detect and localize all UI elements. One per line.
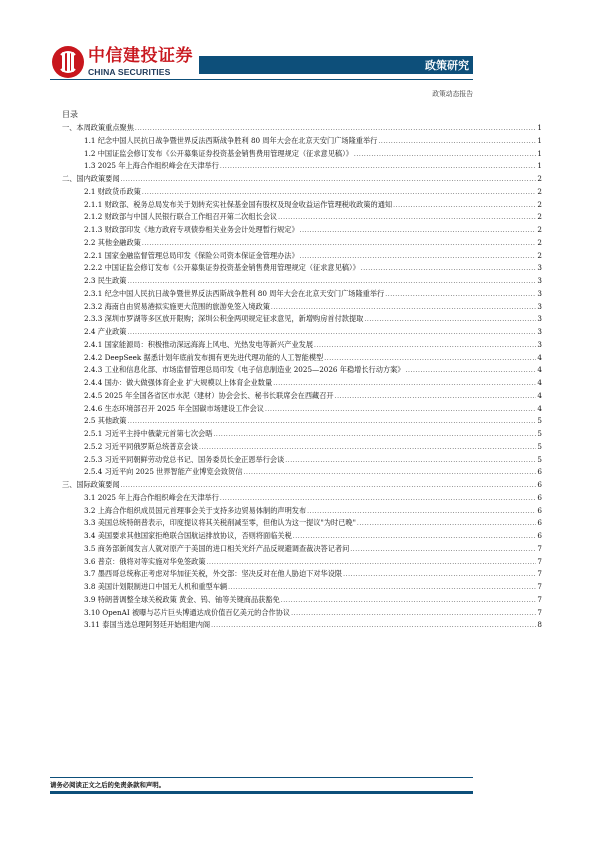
toc-entry-page: 3 xyxy=(537,326,542,339)
toc-entry-label: 2.4.1 国家能源局：积极推动深远海海上风电、光热发电等新兴产业发展 xyxy=(84,339,313,352)
toc-leader-dots xyxy=(350,543,536,557)
toc-entry-page: 3 xyxy=(537,288,542,301)
toc-entry-page: 7 xyxy=(537,556,542,569)
toc-entry-label: 2.2 其他金融政策 xyxy=(84,237,141,250)
toc-entry[interactable]: 2.4.6 生态环境部召开 2025 年全国碳市场建设工作会议4 xyxy=(62,403,542,416)
toc-entry-page: 2 xyxy=(537,237,542,250)
toc-leader-dots xyxy=(291,607,536,621)
toc-leader-dots xyxy=(281,594,537,608)
toc-entry-page: 4 xyxy=(537,390,542,403)
toc-entry-label: 3.10 OpenAI 被曝与芯片巨头博通达成价值百亿美元的合作协议 xyxy=(84,607,290,620)
toc-entry-label: 3.11 泰国当选总理阿努廷开始组建内阁 xyxy=(84,619,210,632)
toc-leader-dots xyxy=(405,364,536,378)
toc-entry-label: 2.2.1 国家金融监督管理总局印发《保险公司资本保证金管理办法》 xyxy=(84,250,299,263)
toc-entry[interactable]: 1.2 中国证监会修订发布《公开募集证券投资基金销售费用管理规定（征求意见稿）》… xyxy=(62,148,542,161)
toc-leader-dots xyxy=(300,250,537,264)
toc-entry[interactable]: 2.2.2 中国证监会修订发布《公开募集证券投资基金销售费用管理规定（征求意见稿… xyxy=(62,262,542,275)
toc-leader-dots xyxy=(354,148,537,162)
toc-entry[interactable]: 3.2 上海合作组织成员国元首理事会关于支持多边贸易体制的声明发布6 xyxy=(62,505,542,518)
toc-entry[interactable]: 3.10 OpenAI 被曝与芯片巨头博通达成价值百亿美元的合作协议7 xyxy=(62,607,542,620)
toc-entry-label: 2.1.2 财政部与中国人民银行联合工作组召开第二次组长会议 xyxy=(84,211,277,224)
toc-entry-page: 3 xyxy=(537,313,542,326)
toc-leader-dots xyxy=(271,301,537,315)
toc-entry-page: 6 xyxy=(537,492,542,505)
toc-entry-label: 2.5.4 习近平向 2025 世界智能产业博览会致贺信 xyxy=(84,466,242,479)
toc-entry[interactable]: 3.9 特朗普调整全球关税政策 黄金、钨、铀等关键商品获豁免7 xyxy=(62,594,542,607)
toc-entry-page: 6 xyxy=(537,530,542,543)
toc-leader-dots xyxy=(343,568,536,582)
toc-entry[interactable]: 3.8 美国计划限制进口中国无人机和重型车辆7 xyxy=(62,581,542,594)
toc-entry[interactable]: 2.1.1 财政部、税务总局发布关于划转充实社保基金国有股权及现金收益运作管理税… xyxy=(62,199,542,212)
toc-entry[interactable]: 3.4 美国要求其他国家拒绝联合国航运排放协议，否则将面临关税6 xyxy=(62,530,542,543)
toc-entry-label: 2.2.2 中国证监会修订发布《公开募集证券投资基金销售费用管理规定（征求意见稿… xyxy=(84,262,360,275)
toc-entry-page: 2 xyxy=(537,173,542,186)
toc-entry[interactable]: 3.11 泰国当选总理阿努廷开始组建内阁8 xyxy=(62,619,542,632)
toc-entry[interactable]: 三、国际政策要闻6 xyxy=(62,479,542,492)
toc-entry[interactable]: 2.2 其他金融政策2 xyxy=(62,237,542,250)
toc-entry[interactable]: 2.3.3 深圳市罗湖等多区放开限购；深圳公积金两项规定征求意见，新增购房首付款… xyxy=(62,313,542,326)
toc-entry-page: 1 xyxy=(537,122,542,135)
toc-leader-dots xyxy=(127,415,536,429)
toc-entry-page: 6 xyxy=(537,505,542,518)
toc-entry-page: 7 xyxy=(537,543,542,556)
toc-entry[interactable]: 3.6 普京：俄将对等实施对华免签政策7 xyxy=(62,556,542,569)
toc-entry-label: 2.5 其他政策 xyxy=(84,415,126,428)
toc-entry[interactable]: 1.1 纪念中国人民抗日战争暨世界反法西斯战争胜利 80 周年大会在北京天安门广… xyxy=(62,135,542,148)
toc-entry-page: 7 xyxy=(537,568,542,581)
toc-entry-label: 3.1 2025 年上海合作组织峰会在天津举行 xyxy=(84,492,219,505)
toc-entry-page: 5 xyxy=(537,415,542,428)
toc-entry-page: 6 xyxy=(537,479,542,492)
toc-entry-label: 2.4.2 DeepSeek 据悉计划年底前发布拥有更先进代理功能的人工智能模型 xyxy=(84,352,323,365)
toc-entry-page: 5 xyxy=(537,441,542,454)
toc-leader-dots xyxy=(393,199,536,213)
toc-leader-dots xyxy=(207,556,537,570)
toc-entry-page: 6 xyxy=(537,517,542,530)
toc-entry-label: 二、国内政策要闻 xyxy=(62,173,120,186)
toc-leader-dots xyxy=(220,492,537,506)
toc-entry[interactable]: 一、本周政策重点聚焦1 xyxy=(62,122,542,135)
toc-entry[interactable]: 2.1.3 财政部印发《地方政府专项债券相关业务会计处理暂行规定》2 xyxy=(62,224,542,237)
toc-leader-dots xyxy=(357,517,537,531)
toc-entry[interactable]: 2.5 其他政策5 xyxy=(62,415,542,428)
toc-entry-page: 3 xyxy=(537,339,542,352)
footer-disclaimer: 请务必阅读正文之后的免责条款和声明。 xyxy=(50,780,165,789)
toc-entry-label: 2.5.1 习近平主持中俄蒙元首第七次会晤 xyxy=(84,428,212,441)
toc-leader-dots xyxy=(121,479,537,493)
toc-entry[interactable]: 2.2.1 国家金融监督管理总局印发《保险公司资本保证金管理办法》2 xyxy=(62,250,542,263)
toc-entry-page: 2 xyxy=(537,199,542,212)
toc-leader-dots xyxy=(300,224,537,238)
toc-entry-label: 一、本周政策重点聚焦 xyxy=(62,122,134,135)
toc-entry[interactable]: 2.5.4 习近平向 2025 世界智能产业博览会致贺信6 xyxy=(62,466,542,479)
toc-entry-label: 3.6 普京：俄将对等实施对华免签政策 xyxy=(84,556,206,569)
toc-entry-page: 7 xyxy=(537,594,542,607)
toc-title: 目录 xyxy=(62,109,542,121)
toc-entry-page: 1 xyxy=(537,135,542,148)
table-of-contents: 目录 一、本周政策重点聚焦11.1 纪念中国人民抗日战争暨世界反法西斯战争胜利 … xyxy=(62,109,542,632)
toc-entry-label: 3.8 美国计划限制进口中国无人机和重型车辆 xyxy=(84,581,227,594)
section-banner: 政策研究 xyxy=(199,56,473,74)
toc-entry-page: 8 xyxy=(537,619,542,632)
toc-entry-label: 2.4 产业政策 xyxy=(84,326,126,339)
toc-entry[interactable]: 2.3.1 纪念中国人民抗日战争暨世界反法西斯战争胜利 80 周年大会在北京天安… xyxy=(62,288,542,301)
toc-entry-label: 2.5.2 习近平同俄罗斯总统普京会谈 xyxy=(84,441,198,454)
toc-list: 一、本周政策重点聚焦11.1 纪念中国人民抗日战争暨世界反法西斯战争胜利 80 … xyxy=(62,122,542,632)
banner-label: 政策研究 xyxy=(425,57,469,73)
toc-leader-dots xyxy=(314,339,536,353)
toc-leader-dots xyxy=(199,441,536,455)
toc-leader-dots xyxy=(273,377,536,391)
toc-leader-dots xyxy=(127,326,536,340)
toc-entry-label: 3.5 商务部新闻发言人就对原产于美国的进口相关光纤产品反规避调查裁决答记者问 xyxy=(84,543,349,556)
toc-entry[interactable]: 3.5 商务部新闻发言人就对原产于美国的进口相关光纤产品反规避调查裁决答记者问7 xyxy=(62,543,542,556)
toc-entry-page: 4 xyxy=(537,377,542,390)
toc-entry-page: 4 xyxy=(537,352,542,365)
toc-entry-label: 2.3.2 海南自由贸易港拟实施更大范围的旅游免签入境政策 xyxy=(84,301,270,314)
toc-entry[interactable]: 2.1 财政货币政策2 xyxy=(62,186,542,199)
toc-entry-page: 5 xyxy=(537,454,542,467)
toc-entry-page: 4 xyxy=(537,403,542,416)
toc-entry[interactable]: 3.1 2025 年上海合作组织峰会在天津举行6 xyxy=(62,492,542,505)
toc-entry[interactable]: 2.5.1 习近平主持中俄蒙元首第七次会晤5 xyxy=(62,428,542,441)
toc-entry-label: 2.1.3 财政部印发《地方政府专项债券相关业务会计处理暂行规定》 xyxy=(84,224,299,237)
toc-entry-label: 2.3.3 深圳市罗湖等多区放开限购；深圳公积金两项规定征求意见，新增购房首付款… xyxy=(84,313,363,326)
toc-entry-page: 3 xyxy=(537,301,542,314)
toc-entry-label: 2.3 民生政策 xyxy=(84,275,126,288)
header-divider xyxy=(50,79,473,80)
footer-bar xyxy=(50,791,473,794)
toc-leader-dots xyxy=(142,237,537,251)
toc-leader-dots xyxy=(265,403,536,417)
toc-entry[interactable]: 1.3 2025 年上海合作组织峰会在天津举行1 xyxy=(62,160,542,173)
toc-entry-page: 7 xyxy=(537,607,542,620)
toc-leader-dots xyxy=(121,173,537,187)
toc-entry-page: 7 xyxy=(537,581,542,594)
toc-entry-page: 2 xyxy=(537,250,542,263)
toc-entry-page: 3 xyxy=(537,275,542,288)
toc-leader-dots xyxy=(243,466,536,480)
toc-entry-page: 2 xyxy=(537,224,542,237)
toc-entry-label: 3.4 美国要求其他国家拒绝联合国航运排放协议，否则将面临关税 xyxy=(84,530,292,543)
toc-leader-dots xyxy=(135,122,537,136)
toc-entry-label: 2.1 财政货币政策 xyxy=(84,186,141,199)
toc-leader-dots xyxy=(378,135,536,149)
toc-leader-dots xyxy=(324,352,536,366)
toc-leader-dots xyxy=(285,454,536,468)
toc-leader-dots xyxy=(211,619,536,633)
toc-entry-label: 3.2 上海合作组织成员国元首理事会关于支持多边贸易体制的声明发布 xyxy=(84,505,306,518)
toc-leader-dots xyxy=(220,160,537,174)
toc-leader-dots xyxy=(213,428,536,442)
toc-entry-label: 2.4.4 国办：做大做强体育企业 扩大规模以上体育企业数量 xyxy=(84,377,272,390)
toc-entry-page: 4 xyxy=(537,364,542,377)
toc-leader-dots xyxy=(142,186,537,200)
toc-leader-dots xyxy=(307,505,536,519)
toc-entry[interactable]: 2.4.5 2025 年全国各省区市水泥（建材）协会会长、秘书长联席会在西藏召开… xyxy=(62,390,542,403)
toc-leader-dots xyxy=(293,530,537,544)
toc-leader-dots xyxy=(278,211,536,225)
toc-entry-page: 3 xyxy=(537,262,542,275)
footer-divider xyxy=(50,777,473,778)
toc-leader-dots xyxy=(228,581,536,595)
toc-entry-label: 3.9 特朗普调整全球关税政策 黄金、钨、铀等关键商品获豁免 xyxy=(84,594,280,607)
toc-entry[interactable]: 二、国内政策要闻2 xyxy=(62,173,542,186)
toc-entry-label: 2.4.5 2025 年全国各省区市水泥（建材）协会会长、秘书长联席会在西藏召开 xyxy=(84,390,334,403)
toc-leader-dots xyxy=(385,288,536,302)
toc-leader-dots xyxy=(361,262,537,276)
toc-entry-label: 1.1 纪念中国人民抗日战争暨世界反法西斯战争胜利 80 周年大会在北京天安门广… xyxy=(84,135,377,148)
toc-entry[interactable]: 2.5.3 习近平同朝鲜劳动党总书记、国务委员长金正恩举行会谈5 xyxy=(62,454,542,467)
toc-entry-page: 2 xyxy=(537,211,542,224)
toc-entry[interactable]: 2.4.4 国办：做大做强体育企业 扩大规模以上体育企业数量4 xyxy=(62,377,542,390)
toc-entry-label: 2.4.6 生态环境部召开 2025 年全国碳市场建设工作会议 xyxy=(84,403,264,416)
toc-entry[interactable]: 2.3.2 海南自由贸易港拟实施更大范围的旅游免签入境政策3 xyxy=(62,301,542,314)
toc-entry-label: 1.2 中国证监会修订发布《公开募集证券投资基金销售费用管理规定（征求意见稿）》 xyxy=(84,148,353,161)
toc-entry-label: 3.3 美国总统特朗普表示，印度提议将其关税削减至零，但他认为这一提议"为时已晚… xyxy=(84,517,356,530)
toc-entry[interactable]: 2.3 民生政策3 xyxy=(62,275,542,288)
toc-entry[interactable]: 3.7 墨西哥总统称正考虑对华加征关税，外交部：坚决反对在他人胁迫下对华设限7 xyxy=(62,568,542,581)
toc-leader-dots xyxy=(364,313,536,327)
citic-logo-icon xyxy=(52,46,84,78)
company-logo: 中信建投证券 CHINA SECURITIES xyxy=(52,46,193,78)
toc-leader-dots xyxy=(127,275,536,289)
toc-entry-page: 6 xyxy=(537,466,542,479)
toc-entry-label: 2.5.3 习近平同朝鲜劳动党总书记、国务委员长金正恩举行会谈 xyxy=(84,454,284,467)
report-type: 政策动态报告 xyxy=(432,88,473,98)
toc-entry-label: 1.3 2025 年上海合作组织峰会在天津举行 xyxy=(84,160,219,173)
toc-entry[interactable]: 2.5.2 习近平同俄罗斯总统普京会谈5 xyxy=(62,441,542,454)
toc-entry-page: 1 xyxy=(537,160,542,173)
toc-entry[interactable]: 2.1.2 财政部与中国人民银行联合工作组召开第二次组长会议2 xyxy=(62,211,542,224)
toc-entry[interactable]: 2.4 产业政策3 xyxy=(62,326,542,339)
toc-entry-page: 2 xyxy=(537,186,542,199)
toc-entry-page: 5 xyxy=(537,428,542,441)
logo-chinese-name: 中信建投证券 xyxy=(88,48,193,65)
toc-entry-label: 2.4.3 工业和信息化部、市场监督管理总局印发《电子信息制造业 2025—20… xyxy=(84,364,404,377)
toc-entry[interactable]: 3.3 美国总统特朗普表示，印度提议将其关税削减至零，但他认为这一提议"为时已晚… xyxy=(62,517,542,530)
toc-entry-page: 1 xyxy=(537,148,542,161)
toc-entry[interactable]: 2.4.1 国家能源局：积极推动深远海海上风电、光热发电等新兴产业发展3 xyxy=(62,339,542,352)
toc-entry-label: 3.7 墨西哥总统称正考虑对华加征关税，外交部：坚决反对在他人胁迫下对华设限 xyxy=(84,568,342,581)
toc-entry-label: 2.3.1 纪念中国人民抗日战争暨世界反法西斯战争胜利 80 周年大会在北京天安… xyxy=(84,288,384,301)
toc-entry-label: 2.1.1 财政部、税务总局发布关于划转充实社保基金国有股权及现金收益运作管理税… xyxy=(84,199,392,212)
toc-entry-label: 三、国际政策要闻 xyxy=(62,479,120,492)
toc-entry[interactable]: 2.4.3 工业和信息化部、市场监督管理总局印发《电子信息制造业 2025—20… xyxy=(62,364,542,377)
toc-leader-dots xyxy=(335,390,537,404)
toc-entry[interactable]: 2.4.2 DeepSeek 据悉计划年底前发布拥有更先进代理功能的人工智能模型… xyxy=(62,352,542,365)
logo-english-name: CHINA SECURITIES xyxy=(88,68,193,77)
